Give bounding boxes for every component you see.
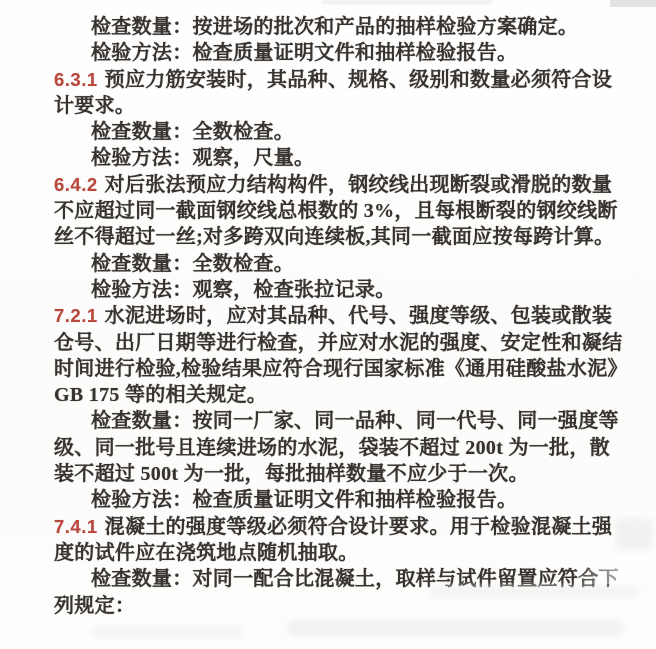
doc-line-11: 检验方法：观察，检查张拉记录。 (54, 277, 634, 303)
doc-line-20: 7.4.1混凝土的强度等级必须符合设计要求。用于检验混凝土强 (54, 514, 634, 540)
doc-line-text: 检验方法：检查质量证明文件和抽样检验报告。 (91, 489, 517, 511)
doc-line-text: 检验方法：观察，尺量。 (91, 147, 314, 169)
doc-line-text: 检查数量：按进场的批次和产品的抽样检验方案确定。 (91, 16, 578, 38)
doc-line-22: 检查数量：对同一配合比混凝土，取样与试件留置应符合下 (54, 566, 634, 592)
doc-line-text: 对后张法预应力结构构件，钢绞线出现断裂或滑脱的数量 (105, 174, 613, 196)
doc-line-text: 水泥进场时，应对其品种、代号、强度等级、包装或散装 (105, 305, 613, 327)
scan-artifact-top-right-bar (610, 0, 656, 7)
doc-line-19: 检验方法：检查质量证明文件和抽样检验报告。 (54, 487, 634, 513)
doc-line-6: 检验方法：观察，尺量。 (54, 145, 634, 171)
doc-line-9: 丝不得超过一丝;对多跨双向连续板,其同一截面应按每跨计算。 (54, 224, 634, 250)
section-number: 7.2.1 (54, 305, 98, 326)
doc-line-8: 不应超过同一截面钢绞线总根数的 3%，且每根断裂的钢绞线断 (54, 198, 634, 224)
doc-line-text: 检查数量：全数检查。 (91, 253, 294, 275)
scan-artifact-bottom-smudge (286, 620, 624, 636)
doc-line-4: 计要求。 (54, 93, 634, 119)
doc-line-18: 装不超过 500t 为一批，每批抽样数量不应少于一次。 (54, 461, 634, 487)
doc-line-text: 检验方法：观察，检查张拉记录。 (91, 279, 396, 301)
section-number: 6.4.2 (54, 174, 98, 195)
scan-artifact-bottom-smudge (92, 626, 242, 638)
doc-line-text: 丝不得超过一丝;对多跨双向连续板,其同一截面应按每跨计算。 (54, 226, 614, 248)
doc-line-text: 检查数量：全数检查。 (91, 121, 294, 143)
doc-line-text: 不应超过同一截面钢绞线总根数的 3%，且每根断裂的钢绞线断 (54, 200, 618, 222)
doc-line-2: 检验方法：检查质量证明文件和抽样检验报告。 (54, 40, 634, 66)
doc-line-12: 7.2.1水泥进场时，应对其品种、代号、强度等级、包装或散装 (54, 303, 634, 329)
scan-artifact-top-edge (322, 0, 492, 4)
doc-line-text: 时间进行检验,检验结果应符合现行国家标准《通用硅酸盐水泥》 (54, 358, 628, 380)
doc-line-23: 列规定： (54, 593, 634, 619)
doc-line-text: 仓号、出厂日期等进行检查，并应对水泥的强度、安定性和凝结 (54, 332, 622, 354)
doc-line-text: 列规定： (54, 595, 135, 617)
section-number: 7.4.1 (54, 516, 98, 537)
doc-line-16: 检查数量：按同一厂家、同一品种、同一代号、同一强度等 (54, 408, 634, 434)
doc-line-5: 检查数量：全数检查。 (54, 119, 634, 145)
doc-line-17: 级、同一批号且连续进场的水泥，袋装不超过 200t 为一批，散 (54, 435, 634, 461)
doc-line-13: 仓号、出厂日期等进行检查，并应对水泥的强度、安定性和凝结 (54, 330, 634, 356)
doc-line-10: 检查数量：全数检查。 (54, 251, 634, 277)
doc-line-text: GB 175 等的相关规定。 (54, 384, 267, 406)
doc-line-text: 混凝土的强度等级必须符合设计要求。用于检验混凝土强 (105, 516, 613, 538)
doc-line-text: 度的试件应在浇筑地点随机抽取。 (54, 542, 359, 564)
doc-line-text: 级、同一批号且连续进场的水泥，袋装不超过 200t 为一批，散 (54, 437, 610, 459)
doc-line-text: 装不超过 500t 为一批，每批抽样数量不应少于一次。 (54, 463, 529, 485)
doc-line-text: 检查数量：对同一配合比混凝土，取样与试件留置应符合下 (91, 568, 619, 590)
doc-line-15: GB 175 等的相关规定。 (54, 382, 634, 408)
doc-line-7: 6.4.2对后张法预应力结构构件，钢绞线出现断裂或滑脱的数量 (54, 172, 634, 198)
doc-line-text: 检验方法：检查质量证明文件和抽样检验报告。 (91, 42, 517, 64)
doc-line-text: 检查数量：按同一厂家、同一品种、同一代号、同一强度等 (91, 410, 619, 432)
doc-line-3: 6.3.1预应力筋安装时，其品种、规格、级别和数量必须符合设 (54, 67, 634, 93)
doc-line-text: 预应力筋安装时，其品种、规格、级别和数量必须符合设 (105, 69, 613, 91)
document-body: 检查数量：按进场的批次和产品的抽样检验方案确定。检验方法：检查质量证明文件和抽样… (54, 14, 634, 619)
document-page: 检查数量：按进场的批次和产品的抽样检验方案确定。检验方法：检查质量证明文件和抽样… (0, 0, 656, 649)
doc-line-14: 时间进行检验,检验结果应符合现行国家标准《通用硅酸盐水泥》 (54, 356, 634, 382)
doc-line-21: 度的试件应在浇筑地点随机抽取。 (54, 540, 634, 566)
doc-line-text: 计要求。 (54, 95, 135, 117)
section-number: 6.3.1 (54, 69, 98, 90)
doc-line-1: 检查数量：按进场的批次和产品的抽样检验方案确定。 (54, 14, 634, 40)
